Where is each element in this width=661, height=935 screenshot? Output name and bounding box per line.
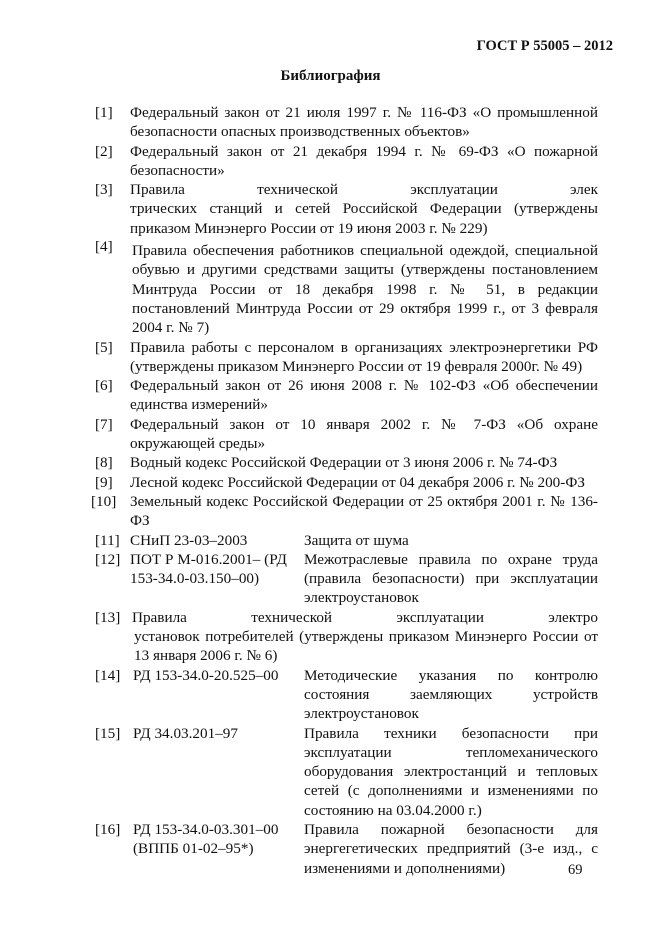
bibliography-entry-1: [1] Федеральный закон от 21 июля 1997 г.…	[95, 103, 598, 142]
entry-code: ПОТ Р М-016.2001– (РД 153-34.0-03.150–00…	[130, 550, 304, 608]
page-number: 69	[568, 862, 583, 879]
page-title: Библиография	[0, 68, 661, 85]
entry-number: [14]	[95, 666, 130, 724]
entry-number: [4]	[95, 237, 130, 333]
entry-first-line: Правила технической эксплуатации элек	[130, 180, 598, 199]
bibliography-list: [1] Федеральный закон от 21 июля 1997 г.…	[95, 103, 598, 878]
bibliography-entry-15: [15] РД 34.03.201–97 Правила техники без…	[95, 724, 598, 820]
entry-number: [10]	[91, 492, 130, 531]
entry-number: [9]	[95, 473, 130, 492]
entry-text: Правила работы с персоналом в организаци…	[130, 338, 598, 377]
entry-code: РД 153-34.0-03.301–00 (ВППБ 01-02–95*)	[130, 820, 304, 878]
entry-text: Лесной кодекс Российской Федерации от 04…	[130, 473, 598, 492]
bibliography-entry-3: [3] Правила технической эксплуатации эле…	[95, 180, 598, 238]
entry-text: Правила технической эксплуатации электро…	[130, 608, 598, 666]
entry-text: Федеральный закон от 10 января 2002 г. №…	[130, 415, 598, 454]
entry-code: СНиП 23-03–2003	[130, 531, 304, 550]
bibliography-entry-9: [9] Лесной кодекс Российской Федерации о…	[95, 473, 598, 492]
entry-number: [2]	[95, 142, 130, 181]
entry-text: Правила обеспечения работников специальн…	[130, 241, 598, 337]
entry-description: Правила техники безопасности при эксплуа…	[304, 724, 598, 820]
bibliography-entry-12: [12] ПОТ Р М-016.2001– (РД 153-34.0-03.1…	[95, 550, 598, 608]
bibliography-entry-5: [5] Правила работы с персоналом в органи…	[95, 338, 598, 377]
bibliography-entry-13: [13] Правила технической эксплуатации эл…	[95, 608, 598, 666]
entry-number: [7]	[95, 415, 130, 454]
bibliography-entry-14: [14] РД 153-34.0-20.525–00 Методические …	[95, 666, 598, 724]
entry-text: Федеральный закон от 21 июля 1997 г. № 1…	[130, 103, 598, 142]
entry-number: [12]	[95, 550, 130, 608]
entry-code: РД 153-34.0-20.525–00	[130, 666, 304, 724]
entry-text: Федеральный закон от 21 декабря 1994 г. …	[130, 142, 598, 181]
entry-number: [1]	[95, 103, 130, 142]
entry-description: Правила пожарной безопасности для энерге…	[304, 820, 598, 878]
entry-code: РД 34.03.201–97	[130, 724, 304, 820]
entry-number: [11]	[95, 531, 130, 550]
bibliography-entry-16: [16] РД 153-34.0-03.301–00 (ВППБ 01-02–9…	[95, 820, 598, 878]
bibliography-entry-10: [10] Земельный кодекс Российской Федерац…	[95, 492, 598, 531]
entry-number: [16]	[95, 820, 130, 878]
entry-number: [3]	[95, 180, 130, 238]
entry-number: [5]	[95, 338, 130, 377]
entry-description: Защита от шума	[304, 531, 598, 550]
entry-number: [8]	[95, 453, 130, 472]
entry-number: [13]	[95, 608, 130, 666]
bibliography-entry-8: [8] Водный кодекс Российской Федерации о…	[95, 453, 598, 472]
entry-text: Федеральный закон от 26 июня 2008 г. № 1…	[130, 376, 598, 415]
entry-description: Межотраслевые правила по охране труда (п…	[304, 550, 598, 608]
document-code-header: ГОСТ Р 55005 – 2012	[477, 38, 613, 55]
bibliography-entry-11: [11] СНиП 23-03–2003 Защита от шума	[95, 531, 598, 550]
entry-text: Водный кодекс Российской Федерации от 3 …	[130, 453, 598, 472]
bibliography-entry-6: [6] Федеральный закон от 26 июня 2008 г.…	[95, 376, 598, 415]
bibliography-entry-4: [4] Правила обеспечения работников специ…	[95, 241, 598, 337]
bibliography-entry-2: [2] Федеральный закон от 21 декабря 1994…	[95, 142, 598, 181]
entry-text: Правила технической эксплуатации элек тр…	[130, 180, 598, 238]
entry-description: Методические указания по контролю состоя…	[304, 666, 598, 724]
entry-number: [15]	[95, 724, 130, 820]
entry-number: [6]	[95, 376, 130, 415]
entry-first-line: Правила технической эксплуатации электро	[132, 608, 598, 627]
entry-text: Земельный кодекс Российской Федерации от…	[130, 492, 598, 531]
bibliography-entry-7: [7] Федеральный закон от 10 января 2002 …	[95, 415, 598, 454]
